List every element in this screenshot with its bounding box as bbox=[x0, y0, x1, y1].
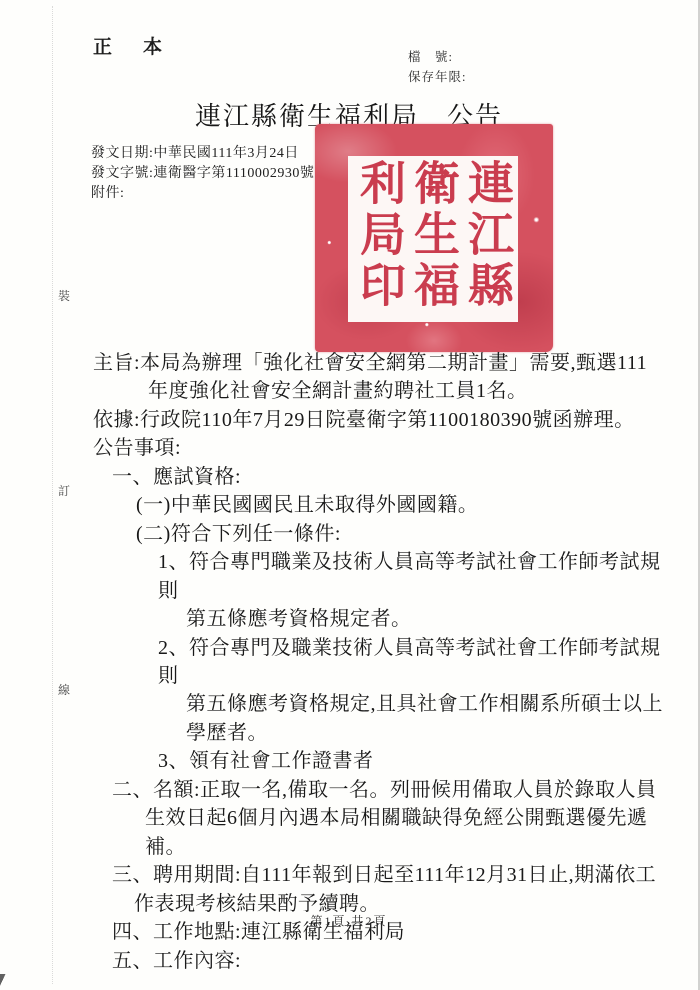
body-line-cond1-cont: 第五條應考資格規定者。 bbox=[186, 605, 680, 633]
body-line-cond2-cont1: 第五條應考資格規定,且具社會工作相關系所碩士以上 bbox=[186, 690, 680, 718]
announcement-body: 主旨:本局為辦理「強化社會安全網第二期計畫」需要,甄選111 年度強化社會安全網… bbox=[0, 349, 680, 975]
copy-type-label: 正 本 bbox=[93, 32, 168, 59]
file-number-label: 檔 號: bbox=[408, 47, 466, 67]
body-line-item3: 三、聘用期間:自111年報到日起至111年12月31日止,期滿依工 bbox=[112, 861, 680, 889]
body-line-basis: 依據:行政院110年7月29日院臺衛字第1100180390號函辦理。 bbox=[93, 406, 680, 434]
body-line-subject: 主旨:本局為辦理「強化社會安全網第二期計畫」需要,甄選111 bbox=[93, 349, 680, 377]
body-line-item1-2: (二)符合下列任一條件: bbox=[136, 520, 680, 548]
official-seal-text: 連江縣衛生福利局印 bbox=[352, 159, 514, 319]
official-seal-face: 連江縣衛生福利局印 bbox=[348, 156, 518, 322]
issue-number: 發文字號:連衛醫字第1110002930號 bbox=[91, 164, 314, 184]
body-line-cond3: 3、領有社會工作證書者 bbox=[158, 747, 680, 775]
page-number-footer: 第1頁,共2頁 bbox=[0, 912, 698, 929]
body-line-item1: 一、應試資格: bbox=[112, 463, 680, 491]
body-line-subject-cont: 年度強化社會安全網計畫約聘社工員1名。 bbox=[148, 377, 680, 405]
document-page: 裝 訂 線 正 本 檔 號: 保存年限: 連江縣衛生福利局 公告 發文日期:中華… bbox=[0, 0, 700, 990]
official-seal-stamp: 連江縣衛生福利局印 bbox=[315, 124, 553, 352]
body-line-item5: 五、工作內容: bbox=[112, 947, 680, 975]
body-line-item2: 二、名額:正取一名,備取一名。列冊候用備取人員於錄取人員 bbox=[112, 776, 680, 804]
body-line-announcement-items: 公告事項: bbox=[93, 434, 680, 462]
body-line-item2-cont2: 補。 bbox=[145, 833, 680, 861]
issue-date: 發文日期:中華民國111年3月24日 bbox=[91, 144, 314, 164]
binding-mark-zhuang: 裝 bbox=[56, 287, 72, 304]
file-number-block: 檔 號: 保存年限: bbox=[408, 47, 466, 87]
retention-period-label: 保存年限: bbox=[408, 67, 466, 87]
scan-corner-artifact bbox=[0, 974, 9, 988]
body-line-item2-cont1: 生效日起6個月內遇本局相關職缺得免經公開甄選優先遞 bbox=[145, 804, 680, 832]
attachment-label: 附件: bbox=[91, 184, 314, 204]
body-line-cond2: 2、符合專門及職業技術人員高等考試社會工作師考試規則 bbox=[158, 634, 680, 691]
body-line-item1-1: (一)中華民國國民且未取得外國國籍。 bbox=[136, 491, 680, 519]
body-line-cond2-cont2: 學歷者。 bbox=[186, 719, 680, 747]
body-line-cond1: 1、符合專門職業及技術人員高等考試社會工作師考試規則 bbox=[158, 548, 680, 605]
document-meta: 發文日期:中華民國111年3月24日 發文字號:連衛醫字第1110002930號… bbox=[91, 144, 314, 204]
